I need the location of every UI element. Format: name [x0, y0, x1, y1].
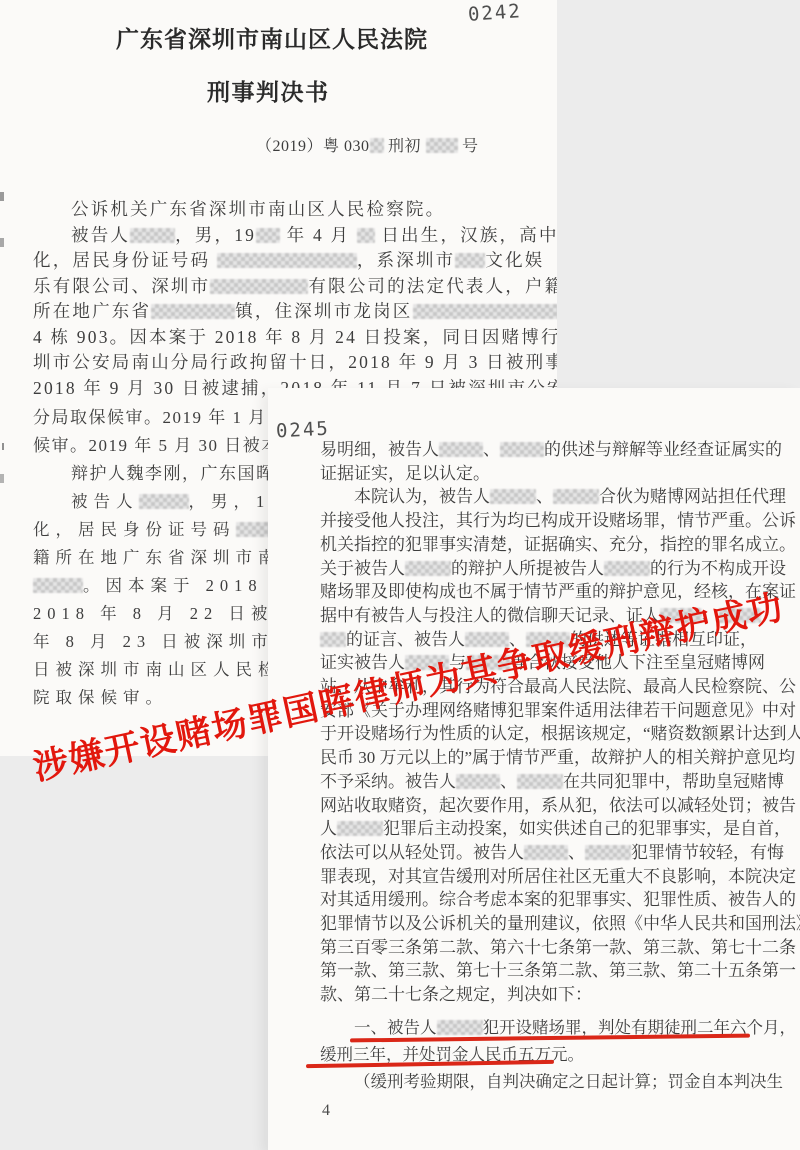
redacted-text: [437, 1020, 483, 1035]
text-line: 罪表现，对其宣告缓刑对所居住社区无重大不良影响，本院决定: [320, 865, 798, 889]
text-line: 款、第二十七条之规定，判决如下：: [320, 983, 798, 1007]
text-line: 于开设赌场行为性质的认定，根据该规定，“赌资数额累计达到人: [320, 722, 798, 746]
text-line: （缓刑考验期限，自判决确定之日起计算；罚金自本判决生: [320, 1068, 798, 1095]
text-line: 公诉机关广东省深圳市南山区人民检察院。: [33, 197, 557, 223]
text-line: 依法可以从轻处罚。被告人、犯罪情节较轻，有悔: [320, 841, 798, 865]
document-title: 刑事判决书: [207, 74, 330, 107]
right-body-paragraphs: 易明细，被告人、的供述与辩解等业经查证属实的证据证实，足以认定。本院认为，被告人…: [320, 438, 798, 1007]
redacted-text: [256, 228, 280, 243]
redacted-text: [455, 253, 485, 268]
text-line: 并接受他人投注，其行为均已构成开设赌场罪，情节严重。公诉: [320, 509, 798, 533]
page-number: 4: [322, 1102, 330, 1120]
redacted-text: [465, 632, 509, 647]
text-line: 被告人，男，19 年 4 月 日出生，汉族，高中文: [33, 223, 557, 249]
court-name: 广东省深圳市南山区人民法院: [116, 21, 428, 54]
redacted-text: [585, 845, 631, 860]
text-line: （2019）粤 030 刑初 号: [256, 133, 479, 156]
text-line: 乐有限公司、深圳市有限公司的法定代表人，户籍: [33, 274, 557, 300]
redacted-text: [370, 138, 384, 153]
redacted-text: [524, 845, 568, 860]
text-line: 机关指控的犯罪事实清楚，证据确实、充分，指控的罪名成立。: [320, 533, 798, 557]
redacted-text: [439, 442, 483, 457]
redacted-text: [151, 304, 235, 319]
page-stamp-0242: 0242: [467, 0, 522, 26]
text-line: 网站收取赌资，起次要作用，系从犯，依法可以减轻处罚；被告: [320, 794, 798, 818]
redacted-text: [130, 228, 175, 243]
text-line: 圳市公安局南山分局行政拘留十日，2018 年 9 月 3 日被刑事拘留，: [33, 350, 557, 376]
redacted-text: [210, 279, 308, 294]
redacted-text: [337, 821, 383, 836]
redacted-text: [490, 489, 536, 504]
text-line: 所在地广东省镇，住深圳市龙岗区: [33, 299, 557, 325]
text-line: 第一款、第三款、第七十三条第二款、第三款、第二十五条第一: [320, 959, 798, 983]
text-line: 人犯罪后主动投案，如实供述自己的犯罪事实，是自首，: [320, 817, 798, 841]
text-line: 易明细，被告人、的供述与辩解等业经查证属实的: [320, 438, 798, 462]
redacted-text: [553, 489, 599, 504]
text-line: 第三百零三条第二款、第六十七条第一款、第三款、第七十二条: [320, 936, 798, 960]
text-line: 证据证实，足以认定。: [320, 462, 798, 486]
text-line: 本院认为，被告人、合伙为赌博网站担任代理: [320, 485, 798, 509]
redacted-text: [357, 228, 375, 243]
text-line: 4 栋 903。因本案于 2018 年 8 月 24 日投案，同日因赌博行为被深: [33, 325, 557, 351]
redacted-text: [413, 304, 557, 319]
verdict-paragraphs: 一、被告人犯开设赌场罪，判处有期徒刑二年六个月，缓刑三年，并处罚金人民币五万元。…: [320, 1014, 798, 1095]
margin-angle-mark: 〈: [543, 350, 557, 371]
redacted-text: [517, 774, 563, 789]
scanned-judgment-document: 0242 广东省深圳市南山区人民法院 刑事判决书 （2019）粤 030 刑初 …: [0, 0, 800, 1150]
redacted-text: [604, 561, 650, 576]
text-line: 化，居民身份证号码 ，系深圳市文化娱: [33, 248, 557, 274]
text-line: 民币 30 万元以上的”属于情节严重，故辩护人的相关辩护意见均: [320, 746, 798, 770]
text-line: 对其适用缓刑。综合考虑本案的犯罪事实、犯罪性质、被告人的: [320, 888, 798, 912]
scan-edge-artifacts: [0, 192, 4, 201]
redacted-text: [426, 138, 458, 153]
text-line: 关于被告人的辩护人所提被告人的行为不构成开设: [320, 557, 798, 581]
text-line: 不予采纳。被告人、在共同犯罪中，帮助皇冠赌博: [320, 770, 798, 794]
redacted-text: [320, 632, 346, 647]
redacted-text: [456, 774, 500, 789]
left-body-paragraphs: 公诉机关广东省深圳市南山区人民检察院。被告人，男，19 年 4 月 日出生，汉族…: [33, 197, 557, 401]
redacted-text: [405, 561, 451, 576]
redacted-text: [33, 578, 83, 593]
redacted-text: [217, 253, 357, 268]
redacted-text: [139, 494, 189, 509]
redacted-text: [500, 442, 544, 457]
text-line: 犯罪情节以及公诉机关的量刑建议，依照《中华人民共和国刑法》: [320, 912, 798, 936]
case-number: （2019）粤 030 刑初 号: [256, 133, 479, 156]
